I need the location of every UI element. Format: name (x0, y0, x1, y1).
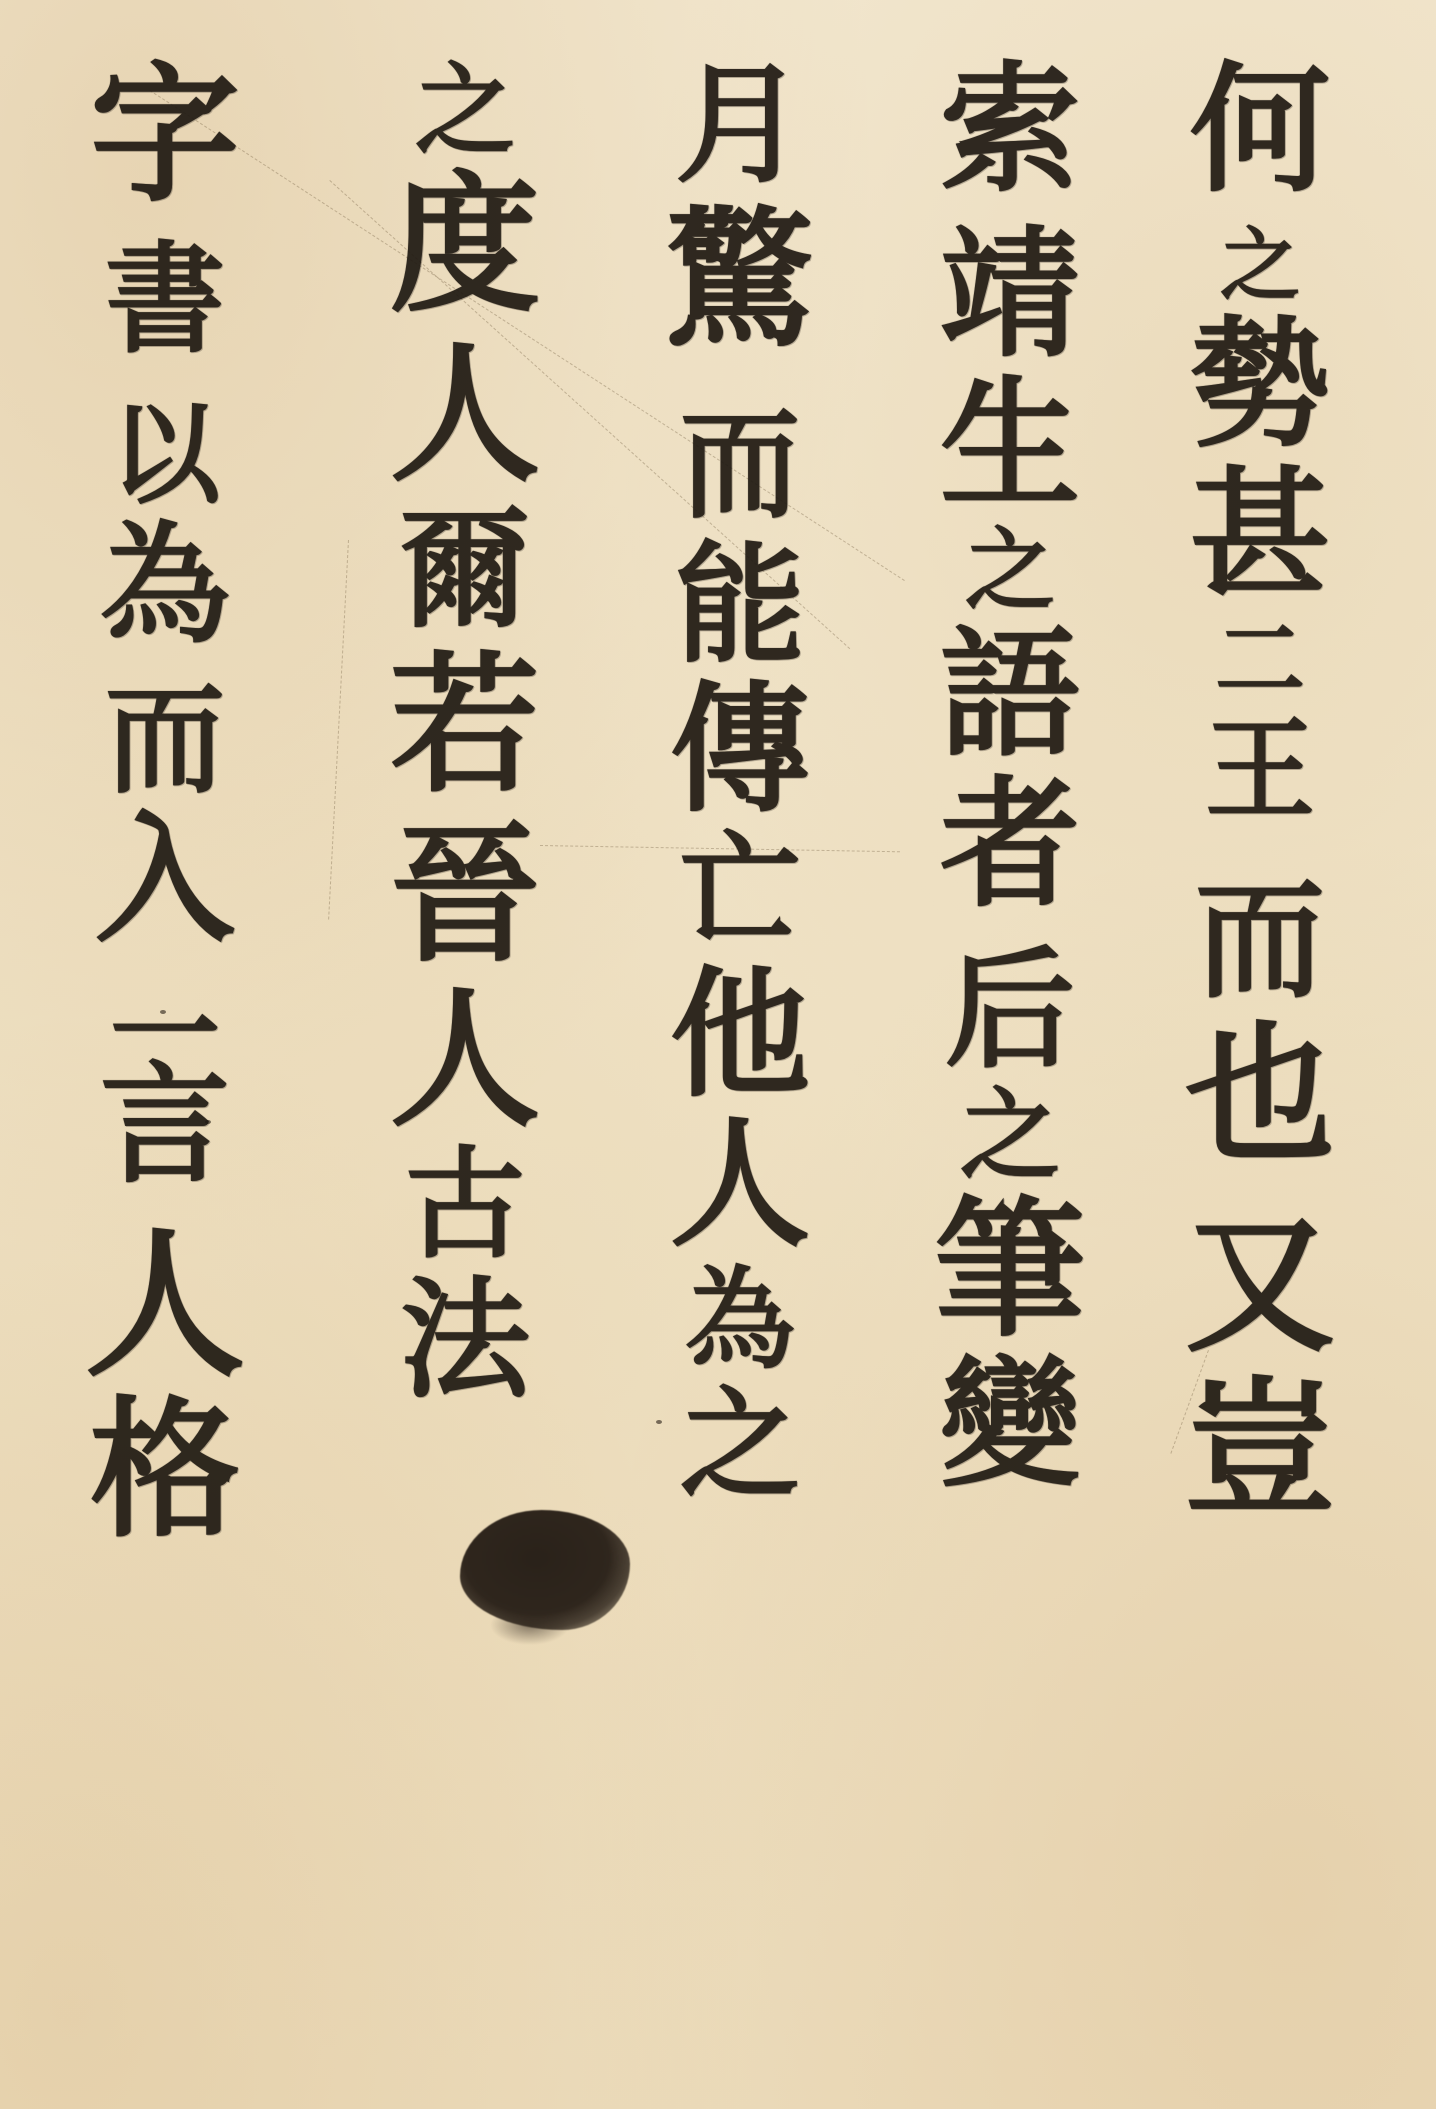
glyph: 人 (390, 985, 540, 1145)
glyph: 入 (95, 810, 235, 960)
glyph: 生 (940, 375, 1080, 525)
glyph: 甚 (1190, 465, 1330, 615)
glyph: 為 (100, 520, 230, 660)
glyph: 傳 (670, 680, 810, 830)
calligraphy-column-2: 索 靖 生 之 語 者 后 之 筆 變 (900, 60, 1120, 1505)
calligraphy-column-5: 字 書 以 為 而 入 一 言 人 格 (20, 60, 310, 1555)
glyph: 法 (400, 1275, 530, 1415)
glyph: 勢 (1190, 315, 1330, 465)
glyph: 爾 (400, 505, 530, 650)
fold-line (328, 540, 349, 920)
glyph: 豈 (1185, 1375, 1335, 1535)
glyph: 語 (940, 625, 1080, 775)
glyph: 變 (940, 1355, 1080, 1505)
glyph: 之 (1220, 225, 1300, 315)
glyph: 書 (105, 240, 225, 375)
glyph: 他 (670, 965, 810, 1115)
glyph: 月 (675, 60, 805, 205)
glyph: 言 (100, 1060, 230, 1205)
glyph: 人 (670, 1115, 810, 1265)
glyph: 索 (940, 60, 1080, 210)
ink-stain (460, 1510, 630, 1630)
glyph: 又 (1185, 1210, 1335, 1375)
glyph: 王 (1205, 715, 1315, 835)
glyph: 人 (390, 340, 540, 505)
glyph: 之 (415, 60, 515, 170)
calligraphy-column-3: 月 驚 而 能 傳 亡 他 人 為 之 (630, 60, 850, 1515)
glyph: 之 (960, 1085, 1060, 1195)
glyph: 也 (1185, 1020, 1335, 1180)
glyph: 能 (675, 540, 805, 680)
calligraphy-column-4: 之 度 人 爾 若 晉 人 古 法 (350, 60, 580, 1415)
calligraphy-sheet: 何 之 勢 甚 二 王 而 也 又 豈 索 靖 生 之 語 者 后 之 筆 變 … (0, 0, 1436, 2109)
calligraphy-column-1: 何 之 勢 甚 二 王 而 也 又 豈 (1150, 60, 1370, 1535)
glyph: 之 (965, 525, 1055, 625)
glyph: 為 (685, 1265, 795, 1385)
glyph: 格 (90, 1395, 240, 1555)
glyph: 古 (405, 1145, 525, 1275)
glyph: 若 (390, 650, 540, 820)
glyph: 之 (680, 1385, 800, 1515)
glyph: 驚 (665, 205, 815, 375)
glyph: 者 (940, 775, 1080, 925)
glyph: 靖 (940, 225, 1080, 375)
glyph: 二 (1215, 615, 1305, 715)
glyph: 而 (680, 405, 800, 540)
glyph: 何 (1190, 60, 1330, 200)
glyph: 以 (110, 400, 220, 520)
glyph: 亡 (680, 830, 800, 965)
glyph: 度 (390, 170, 540, 340)
glyph: 筆 (935, 1195, 1085, 1355)
glyph: 后 (945, 945, 1075, 1085)
glyph: 晉 (390, 820, 540, 985)
glyph: 而 (1195, 875, 1325, 1020)
glyph: 而 (105, 680, 225, 810)
glyph: 人 (85, 1225, 245, 1395)
glyph: 字 (90, 60, 240, 225)
